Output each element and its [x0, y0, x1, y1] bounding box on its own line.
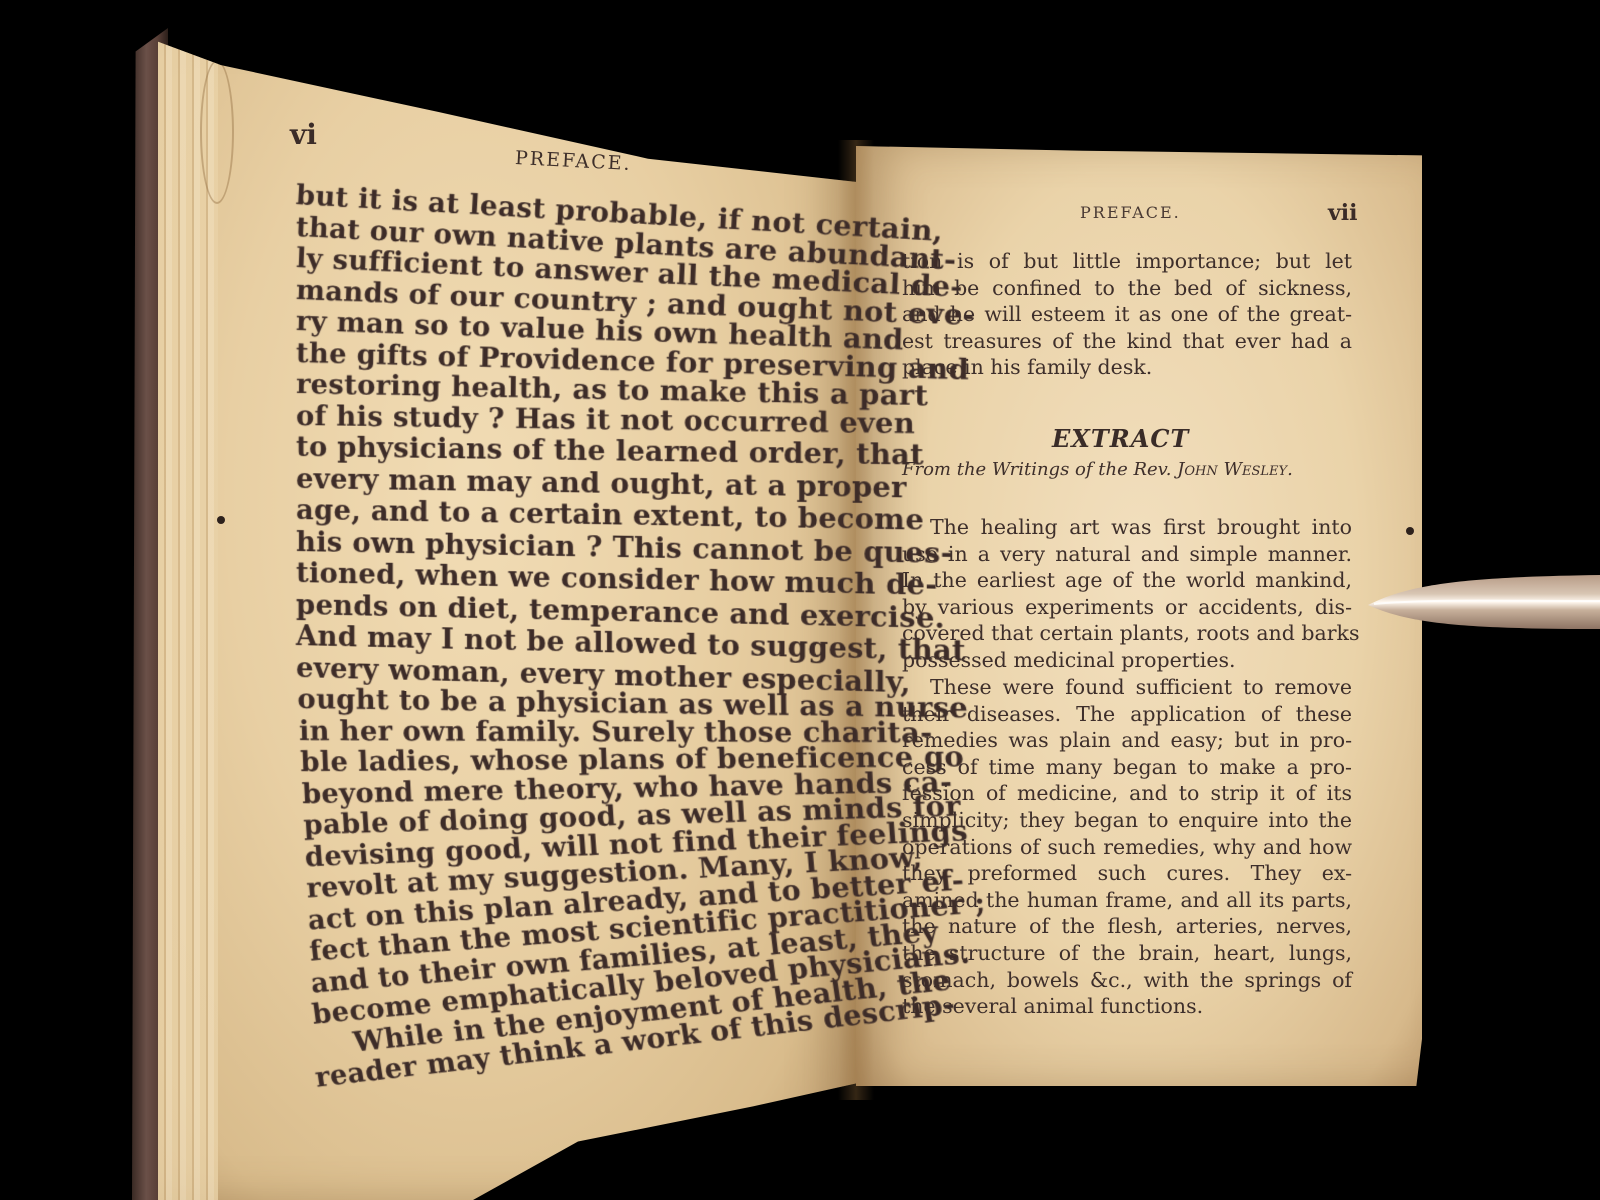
- page-crease: [200, 60, 234, 204]
- text-line: The healing art was first brought into: [902, 514, 1352, 541]
- extract-subheading: From the Writings of the Rev. John Wesle…: [902, 459, 1293, 480]
- text-line: These were found sufficient to remove: [902, 674, 1352, 701]
- text-line: possessed medicinal properties.: [902, 647, 1352, 674]
- photo-scene: vi PREFACE. but it is at least probable,…: [0, 0, 1600, 1200]
- text-line: by various experiments or accidents, dis…: [902, 594, 1352, 621]
- extract-paragraph-1: The healing art was first brought intous…: [902, 514, 1352, 674]
- page-stack-edges: [158, 30, 218, 1200]
- page-number-right: vii: [1328, 200, 1358, 226]
- text-line: their diseases. The application of these: [902, 701, 1352, 728]
- extract-paragraph-2: These were found sufficient to removethe…: [902, 674, 1352, 1020]
- text-line: covered that certain plants, roots and b…: [902, 620, 1352, 647]
- left-page-text: but it is at least probable, if not cert…: [296, 180, 833, 1118]
- text-line: simplicity; they began to enquire into t…: [902, 807, 1352, 834]
- text-line: In the earliest age of the world mankind…: [902, 567, 1352, 594]
- text-line: the several animal functions.: [902, 993, 1352, 1020]
- text-line: place in his family desk.: [902, 354, 1352, 381]
- text-line: remedies was plain and easy; but in pro-: [902, 727, 1352, 754]
- running-head-right: PREFACE.: [1080, 203, 1181, 222]
- text-line: use in a very natural and simple manner.: [902, 541, 1352, 568]
- text-line: operations of such remedies, why and how: [902, 834, 1352, 861]
- page-speck: [1406, 527, 1414, 535]
- extract-author: John Wesley.: [1177, 459, 1293, 480]
- text-line: amined the human frame, and all its part…: [902, 887, 1352, 914]
- extract-subheading-prefix: From the Writings of the Rev.: [902, 459, 1177, 480]
- text-line: fession of medicine, and to strip it of …: [902, 780, 1352, 807]
- letter-opener-pointer: [1368, 571, 1600, 633]
- text-line: stomach, bowels &c., with the springs of: [902, 967, 1352, 994]
- text-line: est treasures of the kind that ever had …: [902, 328, 1352, 355]
- text-line: and he will esteem it as one of the grea…: [902, 301, 1352, 328]
- extract-heading: EXTRACT: [1052, 424, 1189, 453]
- text-line: the nature of the flesh, arteries, nerve…: [902, 913, 1352, 940]
- text-line: the structure of the brain, heart, lungs…: [902, 940, 1352, 967]
- text-line: they preformed such cures. They ex-: [902, 860, 1352, 887]
- text-line: cess of time many began to make a pro-: [902, 754, 1352, 781]
- text-line: tion is of but little importance; but le…: [902, 248, 1352, 275]
- page-speck: [217, 516, 225, 524]
- preface-ending-text: tion is of but little importance; but le…: [902, 248, 1352, 381]
- page-number-left: vi: [290, 118, 317, 151]
- text-line: him be confined to the bed of sickness,: [902, 275, 1352, 302]
